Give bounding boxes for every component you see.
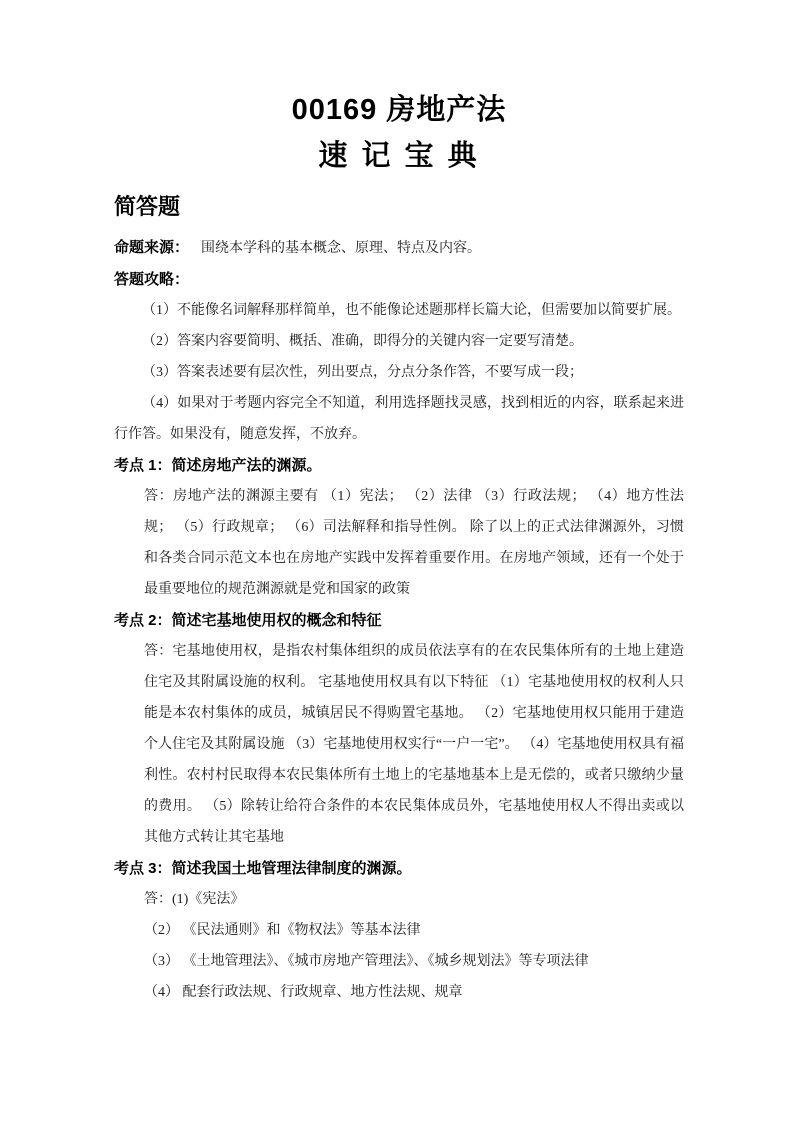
topic-heading: 考点 3：简述我国土地管理法律制度的渊源。 xyxy=(114,853,684,884)
source-line: 命题来源：围绕本学科的基本概念、原理、特点及内容。 xyxy=(114,232,684,264)
topic-answer-paragraph: （4） 配套行政法规、行政规章、地方性法规、规章 xyxy=(144,977,684,1008)
document-subtitle: 速 记 宝 典 xyxy=(114,136,684,176)
topic-answer-paragraph: 答：房地产法的渊源主要有 （1）宪法； （2）法律 （3）行政法规； （4）地方… xyxy=(144,481,684,605)
source-text: 围绕本学科的基本概念、原理、特点及内容。 xyxy=(201,241,481,256)
strategy-item: （1）不能像名词解释那样简单，也不能像论述题那样长篇大论，但需要加以简要扩展。 xyxy=(114,295,684,326)
topic-heading: 考点 2：简述宅基地使用权的概念和特征 xyxy=(114,605,684,636)
strategy-item: （4）如果对于考题内容完全不知道，利用选择题找灵感，找到相近的内容，联系起来进行… xyxy=(114,388,684,450)
topics-section: 考点 1：简述房地产法的渊源。答：房地产法的渊源主要有 （1）宪法； （2）法律… xyxy=(114,450,684,1008)
topic-answer-paragraph: 答：宅基地使用权，是指农村集体组织的成员依法享有的在农民集体所有的土地上建造住宅… xyxy=(144,636,684,853)
document-title: 00169 房地产法 xyxy=(114,90,684,130)
strategy-item: （2）答案内容要简明、概括、准确，即得分的关键内容一定要写清楚。 xyxy=(114,326,684,357)
strategy-heading: 答题攻略： xyxy=(114,264,684,295)
topic-answer-paragraph: （3） 《土地管理法》、《城市房地产管理法》、《城乡规划法》等专项法律 xyxy=(144,946,684,977)
section-heading: 简答题 xyxy=(114,192,684,222)
topic-answer-paragraph: （2） 《民法通则》和《物权法》等基本法律 xyxy=(144,915,684,946)
topic-heading: 考点 1：简述房地产法的渊源。 xyxy=(114,450,684,481)
document-page: 00169 房地产法 速 记 宝 典 简答题 命题来源：围绕本学科的基本概念、原… xyxy=(0,0,793,1122)
source-label: 命题来源： xyxy=(114,239,189,256)
strategy-list: （1）不能像名词解释那样简单，也不能像论述题那样长篇大论，但需要加以简要扩展。（… xyxy=(114,295,684,450)
strategy-item: （3）答案表述要有层次性，列出要点，分点分条作答，不要写成一段； xyxy=(114,357,684,388)
topic-answer-paragraph: 答：(1)《宪法》 xyxy=(144,884,684,915)
